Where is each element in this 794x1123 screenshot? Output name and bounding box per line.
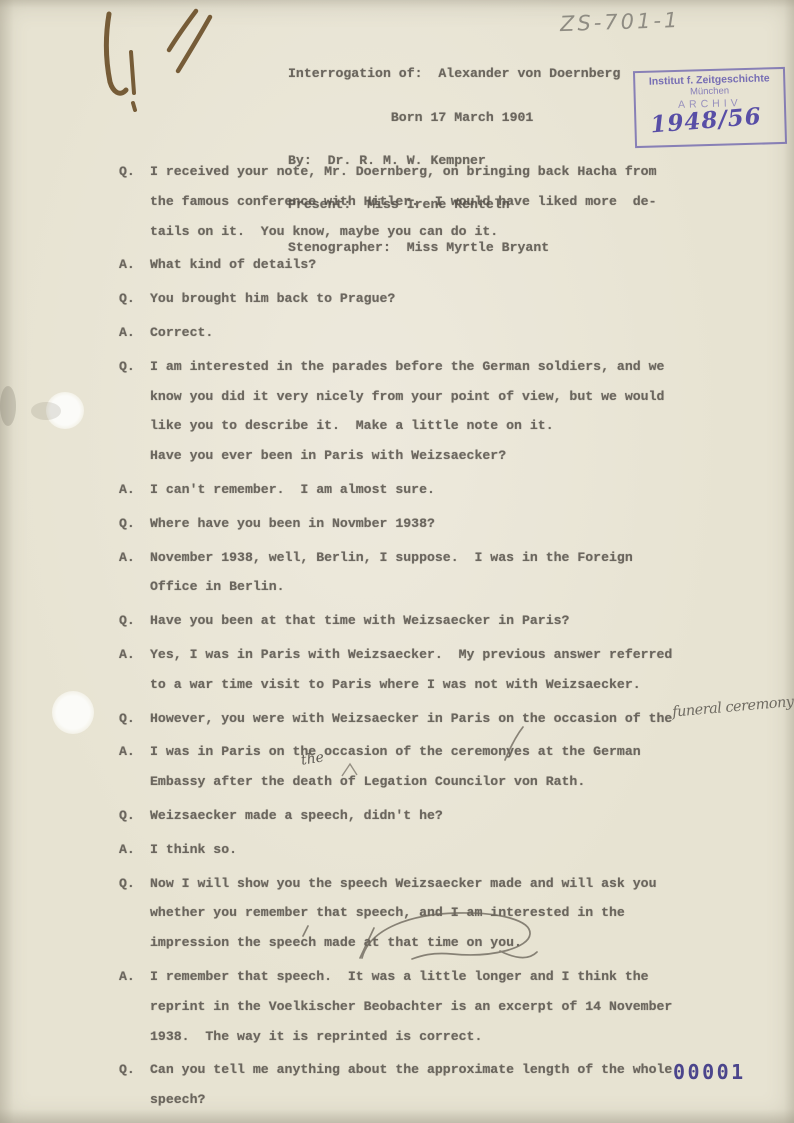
typed-line: Office in Berlin. bbox=[150, 572, 739, 602]
qa-marker: A. bbox=[119, 962, 135, 992]
qa-block: A.Correct. bbox=[119, 318, 739, 348]
qa-marker: A. bbox=[119, 318, 135, 348]
typed-line: What kind of details? bbox=[150, 250, 739, 280]
qa-marker: A. bbox=[119, 640, 135, 670]
qa-block: Q.However, you were with Weizsaecker in … bbox=[119, 704, 739, 734]
qa-block: Q.Have you been at that time with Weizsa… bbox=[119, 606, 739, 636]
typed-line: Where have you been in Novmber 1938? bbox=[150, 509, 739, 539]
punch-hole-bottom bbox=[52, 691, 94, 734]
qa-block: A.What kind of details? bbox=[119, 250, 739, 280]
qa-marker: Q. bbox=[119, 509, 135, 539]
typed-line: reprint in the Voelkischer Beobachter is… bbox=[150, 992, 739, 1022]
pen-stroke-group bbox=[106, 11, 210, 110]
qa-block: Q.Now I will show you the speech Weizsae… bbox=[119, 869, 739, 958]
typed-line: Yes, I was in Paris with Weizsaecker. My… bbox=[150, 640, 739, 670]
qa-marker: Q. bbox=[119, 869, 135, 899]
qa-marker: A. bbox=[119, 543, 135, 573]
typed-line: You brought him back to Prague? bbox=[150, 284, 739, 314]
qa-block: A.November 1938, well, Berlin, I suppose… bbox=[119, 543, 739, 603]
typed-line: impression the speech made at that time … bbox=[150, 928, 739, 958]
qa-block: Q.Where have you been in Novmber 1938? bbox=[119, 509, 739, 539]
header-born-line: Born 17 March 1901 bbox=[288, 111, 620, 126]
typed-line: like you to describe it. Make a little n… bbox=[150, 411, 739, 441]
qa-marker: Q. bbox=[119, 801, 135, 831]
typed-line: I remember that speech. It was a little … bbox=[150, 962, 739, 992]
typed-line: 1938. The way it is reprinted is correct… bbox=[150, 1022, 739, 1052]
document-code-annotation: ZS-701-1 bbox=[560, 8, 681, 36]
typed-line: to a war time visit to Paris where I was… bbox=[150, 670, 739, 700]
typed-line: I think so. bbox=[150, 835, 739, 865]
page-number-stamp: 00001 bbox=[673, 1060, 746, 1084]
qa-block: A.Yes, I was in Paris with Weizsaecker. … bbox=[119, 640, 739, 700]
qa-block: Q.Weizsaecker made a speech, didn't he? bbox=[119, 801, 739, 831]
qa-marker: Q. bbox=[119, 284, 135, 314]
qa-transcript: Q.I received your note, Mr. Doernberg, o… bbox=[119, 157, 739, 1115]
qa-block: Q.I received your note, Mr. Doernberg, o… bbox=[119, 157, 739, 246]
typed-line: Can you tell me anything about the appro… bbox=[150, 1055, 739, 1085]
typed-line: Correct. bbox=[150, 318, 739, 348]
scanned-document-page: ZS-701-1 Institut f. Zeitgeschichte Münc… bbox=[0, 0, 794, 1123]
typed-line: Have you been at that time with Weizsaec… bbox=[150, 606, 739, 636]
typed-line: tails on it. You know, maybe you can do … bbox=[150, 217, 739, 247]
typed-line: However, you were with Weizsaecker in Pa… bbox=[150, 704, 739, 734]
qa-marker: A. bbox=[119, 475, 135, 505]
qa-marker: Q. bbox=[119, 704, 135, 734]
typed-line: Now I will show you the speech Weizsaeck… bbox=[150, 869, 739, 899]
typed-line: November 1938, well, Berlin, I suppose. … bbox=[150, 543, 739, 573]
qa-block: A.I think so. bbox=[119, 835, 739, 865]
qa-block: Q.Can you tell me anything about the app… bbox=[119, 1055, 739, 1115]
typed-line: I was in Paris on the occasion of the ce… bbox=[150, 737, 739, 767]
punch-hole-top bbox=[46, 392, 84, 429]
qa-block: A.I can't remember. I am almost sure. bbox=[119, 475, 739, 505]
qa-marker: Q. bbox=[119, 606, 135, 636]
typed-line: the famous conference with Hitler. I wou… bbox=[150, 187, 739, 217]
typed-line: speech? bbox=[150, 1085, 739, 1115]
qa-marker: A. bbox=[119, 737, 135, 767]
qa-marker: Q. bbox=[119, 352, 135, 382]
qa-block: Q.I am interested in the parades before … bbox=[119, 352, 739, 471]
typed-line: whether you remember that speech, and I … bbox=[150, 898, 739, 928]
qa-marker: Q. bbox=[119, 157, 135, 187]
qa-marker: A. bbox=[119, 835, 135, 865]
typed-line: know you did it very nicely from your po… bbox=[150, 382, 739, 412]
typed-line: Embassy after the death of Legation Coun… bbox=[150, 767, 739, 797]
qa-marker: A. bbox=[119, 250, 135, 280]
typed-line: I am interested in the parades before th… bbox=[150, 352, 739, 382]
edge-smudge-mark bbox=[0, 386, 16, 426]
typed-line: Have you ever been in Paris with Weizsae… bbox=[150, 441, 739, 471]
qa-block: Q.You brought him back to Prague? bbox=[119, 284, 739, 314]
qa-block: A.I was in Paris on the occasion of the … bbox=[119, 737, 739, 797]
qa-block: A.I remember that speech. It was a littl… bbox=[119, 962, 739, 1051]
typed-line: I can't remember. I am almost sure. bbox=[150, 475, 739, 505]
typed-line: I received your note, Mr. Doernberg, on … bbox=[150, 157, 739, 187]
archive-stamp: Institut f. Zeitgeschichte München ARCHI… bbox=[633, 67, 787, 148]
typed-line: Weizsaecker made a speech, didn't he? bbox=[150, 801, 739, 831]
qa-marker: Q. bbox=[119, 1055, 135, 1085]
header-title-line: Interrogation of: Alexander von Doernber… bbox=[288, 67, 620, 82]
